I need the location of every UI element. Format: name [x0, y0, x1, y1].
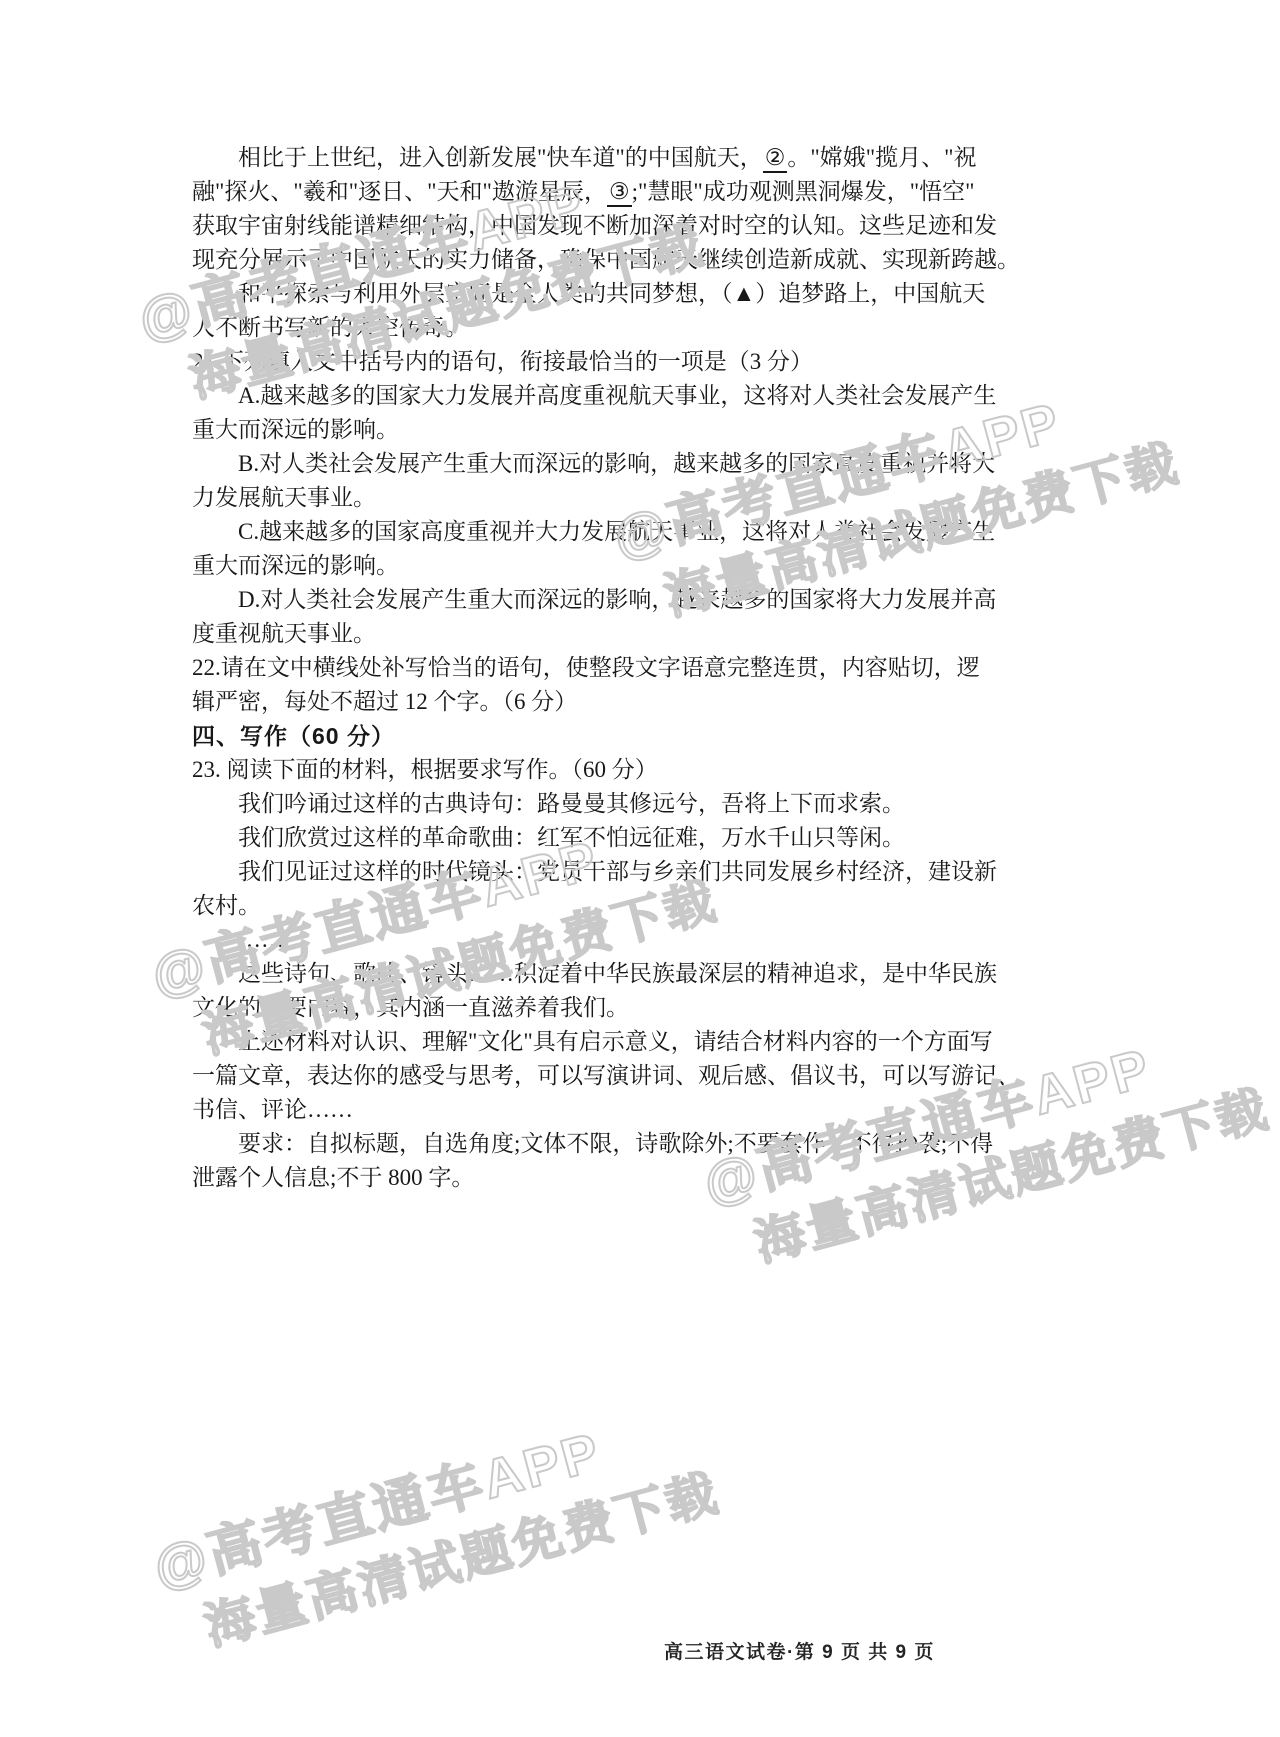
text-segment: …… [238, 927, 284, 952]
text-line: 辑严密，每处不超过 12 个字。（6 分） [192, 685, 1072, 719]
text-line: 23. 阅读下面的材料，根据要求写作。（60 分） [192, 753, 1072, 787]
text-segment: A.越来越多的国家大力发展并高度重视航天事业，这将对人类社会发展产生 [238, 383, 996, 408]
text-line: 和平探索与利用外层空间是全人类的共同梦想，（▲）追梦路上，中国航天 [192, 277, 1072, 311]
text-line: 重大而深远的影响。 [192, 413, 1072, 447]
text-segment: ;"慧眼"成功观测黑洞爆发，"悟空" [632, 179, 975, 204]
text-segment: 我们见证过这样的时代镜头：党员干部与乡亲们共同发展乡村经济，建设新 [238, 859, 997, 884]
text-line: 力发展航天事业。 [192, 481, 1072, 515]
text-line: 我们吟诵过这样的古典诗句：路曼曼其修远兮，吾将上下而求索。 [192, 787, 1072, 821]
text-line: C.越来越多的国家高度重视并大力发展航天事业，这将对人类社会发展产生 [192, 515, 1072, 549]
text-segment: 我们欣赏过这样的革命歌曲：红军不怕远征难，万水千山只等闲。 [238, 825, 905, 850]
text-segment: 。"嫦娥"揽月、"祝 [787, 145, 976, 170]
text-segment: 相比于上世纪，进入创新发展"快车道"的中国航天， [238, 145, 763, 170]
text-line: …… [192, 923, 1072, 957]
text-line: 四、写作（60 分） [192, 719, 1072, 753]
text-line: 融"探火、"羲和"逐日、"天和"遨游星辰，③;"慧眼"成功观测黑洞爆发，"悟空" [192, 175, 1072, 209]
answer-blank: ② [763, 145, 788, 173]
text-segment: 我们吟诵过这样的古典诗句：路曼曼其修远兮，吾将上下而求索。 [238, 791, 905, 816]
text-line: 农村。 [192, 889, 1072, 923]
text-segment: D.对人类社会发展产生重大而深远的影响，越来越多的国家将大力发展并高 [238, 587, 996, 612]
text-line: 一篇文章，表达你的感受与思考，可以写演讲词、观后感、倡议书，可以写游记、 [192, 1059, 1072, 1093]
text-segment: 辑严密，每处不超过 12 个字。（6 分） [192, 689, 577, 714]
text-segment: 四、写作（60 分） [192, 723, 395, 749]
text-segment: 重大而深远的影响。 [192, 553, 399, 578]
text-segment: 书信、评论…… [192, 1097, 353, 1122]
text-line: 重大而深远的影响。 [192, 549, 1072, 583]
text-segment: 21.下列填入文中括号内的语句，衔接最恰当的一项是（3 分） [192, 349, 813, 374]
text-segment: 获取宇宙射线能谱精细结构，中国发现不断加深着对时空的认知。这些足迹和发 [192, 213, 997, 238]
text-line: A.越来越多的国家大力发展并高度重视航天事业，这将对人类社会发展产生 [192, 379, 1072, 413]
text-segment: 力发展航天事业。 [192, 485, 376, 510]
text-segment: 22.请在文中横线处补写恰当的语句，使整段文字语意完整连贯，内容贴切，逻 [192, 655, 980, 680]
text-segment: 一篇文章，表达你的感受与思考，可以写演讲词、观后感、倡议书，可以写游记、 [192, 1063, 1020, 1088]
text-segment: 上述材料对认识、理解"文化"具有启示意义，请结合材料内容的一个方面写 [238, 1029, 993, 1054]
text-line: 这些诗句、歌曲、镜头……积淀着中华民族最深层的精神追求，是中华民族 [192, 957, 1072, 991]
text-segment: 农村。 [192, 893, 261, 918]
watermark-text: @高考直通车APP 海量高清试题免费下载 [146, 1390, 727, 1671]
text-segment: C.越来越多的国家高度重视并大力发展航天事业，这将对人类社会发展产生 [238, 519, 995, 544]
text-line: 现充分展示了中国航天的实力储备，确保中国航天继续创造新成就、实现新跨越。 [192, 243, 1072, 277]
text-line: 书信、评论…… [192, 1093, 1072, 1127]
text-line: 21.下列填入文中括号内的语句，衔接最恰当的一项是（3 分） [192, 345, 1072, 379]
page-footer: 高三语文试卷·第 9 页 共 9 页 [664, 1637, 935, 1664]
text-line: 泄露个人信息;不于 800 字。 [192, 1161, 1072, 1195]
text-segment: 人不断书写新的太空传奇。 [192, 315, 468, 340]
text-line: 要求：自拟标题，自选角度;文体不限，诗歌除外;不要套作，不得抄袭;不得 [192, 1127, 1072, 1161]
watermark-line-2: 海量高清试题免费下载 [197, 1458, 727, 1663]
text-line: 我们见证过这样的时代镜头：党员干部与乡亲们共同发展乡村经济，建设新 [192, 855, 1072, 889]
text-line: 文化的重要内容，其内涵一直滋养着我们。 [192, 991, 1072, 1025]
text-line: D.对人类社会发展产生重大而深远的影响，越来越多的国家将大力发展并高 [192, 583, 1072, 617]
text-line: 人不断书写新的太空传奇。 [192, 311, 1072, 345]
text-segment: 和平探索与利用外层空间是全人类的共同梦想，（▲）追梦路上，中国航天 [238, 281, 985, 306]
text-segment: 这些诗句、歌曲、镜头……积淀着中华民族最深层的精神追求，是中华民族 [238, 961, 997, 986]
text-line: 相比于上世纪，进入创新发展"快车道"的中国航天，②。"嫦娥"揽月、"祝 [192, 141, 1072, 175]
document-lines: 相比于上世纪，进入创新发展"快车道"的中国航天，②。"嫦娥"揽月、"祝融"探火、… [192, 141, 1072, 1195]
text-line: B.对人类社会发展产生重大而深远的影响，越来越多的国家高度重视并将大 [192, 447, 1072, 481]
text-line: 我们欣赏过这样的革命歌曲：红军不怕远征难，万水千山只等闲。 [192, 821, 1072, 855]
text-line: 上述材料对认识、理解"文化"具有启示意义，请结合材料内容的一个方面写 [192, 1025, 1072, 1059]
exam-paper-page: 相比于上世纪，进入创新发展"快车道"的中国航天，②。"嫦娥"揽月、"祝融"探火、… [0, 0, 1280, 1737]
text-segment: 重大而深远的影响。 [192, 417, 399, 442]
text-line: 获取宇宙射线能谱精细结构，中国发现不断加深着对时空的认知。这些足迹和发 [192, 209, 1072, 243]
answer-blank: ③ [607, 179, 632, 207]
text-segment: B.对人类社会发展产生重大而深远的影响，越来越多的国家高度重视并将大 [238, 451, 995, 476]
text-line: 22.请在文中横线处补写恰当的语句，使整段文字语意完整连贯，内容贴切，逻 [192, 651, 1072, 685]
text-line: 度重视航天事业。 [192, 617, 1072, 651]
text-segment: 泄露个人信息;不于 800 字。 [192, 1165, 474, 1190]
text-segment: 文化的重要内容，其内涵一直滋养着我们。 [192, 995, 629, 1020]
text-segment: 要求：自拟标题，自选角度;文体不限，诗歌除外;不要套作，不得抄袭;不得 [238, 1131, 993, 1156]
watermark-line-1: @高考直通车APP [147, 1422, 608, 1599]
text-segment: 融"探火、"羲和"逐日、"天和"遨游星辰， [192, 179, 607, 204]
text-segment: 度重视航天事业。 [192, 621, 376, 646]
text-segment: 23. 阅读下面的材料，根据要求写作。（60 分） [192, 757, 658, 782]
text-segment: 现充分展示了中国航天的实力储备，确保中国航天继续创造新成就、实现新跨越。 [192, 247, 1020, 272]
